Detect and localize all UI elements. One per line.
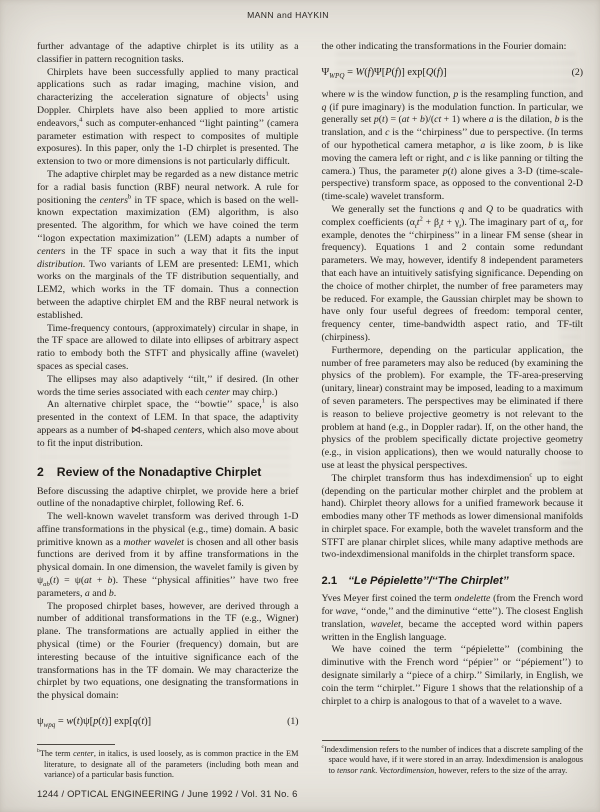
two-column-body: further advantage of the adaptive chirpl… — [37, 41, 583, 776]
journal-page: MANN and HAYKIN further advantage of the… — [0, 0, 600, 812]
section-heading: 2 Review of the Nonadaptive Chirplet — [37, 465, 299, 479]
paragraph: The adaptive chirplet may be regarded as… — [37, 169, 299, 323]
footnote-b: bThe term center, in italics, is used lo… — [37, 749, 299, 781]
equation-2: ΨWPQ = W(f)Ψ[P(f)] exp[Q(f)] (2) — [322, 67, 584, 78]
right-column: the other indicating the transformations… — [322, 41, 584, 776]
paragraph: The chirplet transform thus has indexdim… — [322, 473, 584, 563]
paragraph: Furthermore, depending on the particular… — [322, 345, 584, 473]
paragraph: the other indicating the transformations… — [322, 41, 584, 54]
running-head: MANN and HAYKIN — [0, 10, 576, 20]
footnote-block: cIndexdimension refers to the number of … — [322, 734, 584, 777]
section-number: 2 — [37, 465, 44, 479]
subsection-heading: 2.1 ‘‘Le Pépielette’’/‘‘The Chirplet’’ — [322, 575, 584, 587]
equation-body: ΨWPQ = W(f)Ψ[P(f)] exp[Q(f)] — [322, 67, 447, 78]
footnote-c: cIndexdimension refers to the number of … — [322, 745, 584, 777]
footnote-rule — [37, 744, 115, 745]
equation-1: ψwpq = w(t)ψ[p(t)] exp[q(t)] (1) — [37, 716, 299, 727]
equation-number: (2) — [572, 67, 583, 78]
paragraph: where w is the window function, p is the… — [322, 89, 584, 204]
footnote-block: bThe term center, in italics, is used lo… — [37, 738, 299, 781]
paragraph: further advantage of the adaptive chirpl… — [37, 41, 299, 67]
page-footer: 1244 / OPTICAL ENGINEERING / June 1992 /… — [37, 788, 298, 799]
paragraph: We generally set the functions q and Q t… — [322, 204, 584, 345]
paragraph: Yves Meyer first coined the term ondelet… — [322, 593, 584, 644]
section-title: Review of the Nonadaptive Chirplet — [57, 465, 262, 479]
paragraph: Before discussing the adaptive chirplet,… — [37, 486, 299, 512]
paragraph: We have coined the term ‘‘pépielette’’ (… — [322, 644, 584, 708]
left-column: further advantage of the adaptive chirpl… — [37, 41, 299, 776]
section-number: 2.1 — [322, 575, 338, 587]
paragraph: An alternative chirplet space, the ‘‘bow… — [37, 399, 299, 450]
footnote-rule — [322, 740, 400, 741]
paragraph: The proposed chirplet bases, however, ar… — [37, 601, 299, 703]
paragraph: The well-known wavelet transform was der… — [37, 511, 299, 601]
paragraph: Time-frequency contours, (approximately)… — [37, 323, 299, 374]
paragraph: Chirplets have been successfully applied… — [37, 67, 299, 169]
section-title: ‘‘Le Pépielette’’/‘‘The Chirplet’’ — [348, 575, 509, 587]
paragraph: The ellipses may also adaptively ‘‘tilt,… — [37, 374, 299, 400]
equation-number: (1) — [287, 716, 298, 727]
equation-body: ψwpq = w(t)ψ[p(t)] exp[q(t)] — [37, 716, 151, 727]
